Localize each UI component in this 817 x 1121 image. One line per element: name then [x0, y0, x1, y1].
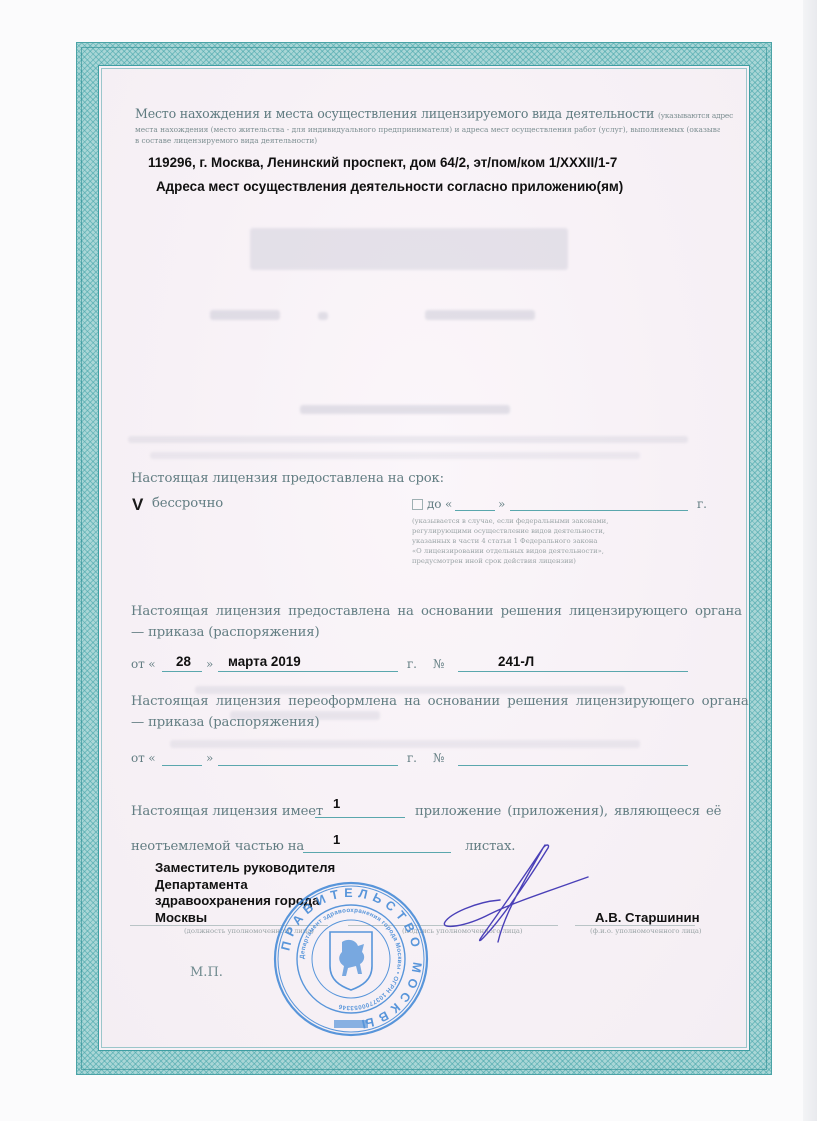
sheets-prefix: неотъемлемой частью на: [131, 839, 304, 854]
activity-places-value: Адреса мест осуществления деятельности с…: [156, 179, 623, 194]
grant-number-label: №: [433, 657, 444, 671]
official-stamp: ПРАВИТЕЛЬСТВО МОСКВЫ Департамент здравоо…: [272, 880, 430, 1038]
grant-from-label: от «: [131, 657, 155, 671]
grant-year-label: г.: [407, 657, 417, 671]
checkbox-unchecked-icon[interactable]: [412, 499, 423, 510]
checkmark-icon[interactable]: V: [132, 495, 143, 515]
until-day-line[interactable]: [455, 510, 495, 511]
reissue-day-line[interactable]: [162, 765, 202, 766]
reissue-year-label: г.: [407, 751, 417, 765]
grant-day-value: 28: [176, 654, 191, 669]
reissue-number-line[interactable]: [458, 765, 688, 766]
appendices-count-line: [315, 817, 405, 818]
appendices-count-value: 1: [333, 796, 340, 811]
grant-number-line: [458, 671, 688, 672]
appendices-suffix: приложение (приложения), являющееся её: [415, 804, 721, 819]
term-indefinite-label: бессрочно: [152, 496, 223, 511]
reissue-quote-close: »: [206, 751, 213, 765]
name-line: [575, 925, 695, 926]
handwritten-signature: [440, 842, 590, 952]
grant-decision-text-2: — приказа (распоряжения): [131, 625, 319, 640]
sheets-line: [303, 852, 451, 853]
seal-label: М.П.: [190, 965, 223, 980]
sheet-edge: [803, 0, 817, 1121]
until-mid: »: [498, 497, 505, 511]
grant-date-line: [218, 671, 398, 672]
grant-number-value: 241-Л: [498, 654, 534, 669]
reissue-date-line[interactable]: [218, 765, 398, 766]
grant-day-line: [162, 671, 202, 672]
signatory-name: А.В. Старшинин: [595, 910, 700, 925]
location-note-2: в составе лицензируемого вида деятельнос…: [135, 135, 317, 146]
grant-decision-text: Настоящая лицензия предоставлена на осно…: [131, 604, 742, 619]
address-value: 119296, г. Москва, Ленинский проспект, д…: [148, 155, 617, 170]
grant-quote-close: »: [206, 657, 213, 671]
term-label: Настоящая лицензия предоставлена на срок…: [131, 471, 444, 486]
location-note: места нахождения (место жительства - для…: [135, 124, 720, 135]
until-prefix: до «: [427, 497, 452, 511]
grant-month-year-value: марта 2019: [228, 654, 301, 669]
until-suffix: г.: [697, 497, 707, 511]
name-caption: (ф.и.о. уполномоченного лица): [590, 927, 702, 935]
sheets-value: 1: [333, 832, 340, 847]
until-date-line[interactable]: [510, 510, 688, 511]
location-heading: Место нахождения и места осуществления л…: [135, 106, 733, 121]
appendices-prefix: Настоящая лицензия имеет: [131, 804, 323, 819]
reissue-decision-text: Настоящая лицензия переоформлена на осно…: [131, 694, 749, 709]
reissue-number-label: №: [433, 751, 444, 765]
until-note: (указывается в случае, если федеральными…: [412, 516, 608, 566]
reissue-decision-text-2: — приказа (распоряжения): [131, 715, 319, 730]
reissue-from-label: от «: [131, 751, 155, 765]
